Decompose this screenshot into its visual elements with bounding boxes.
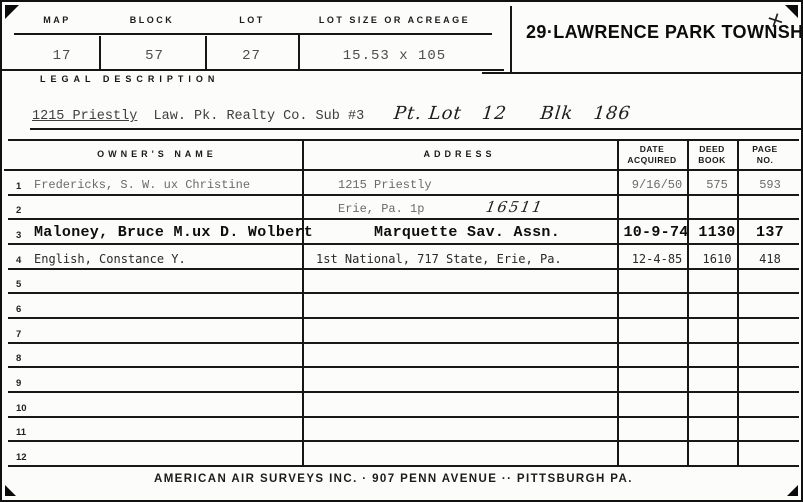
owners-name-header: OWNER'S NAME bbox=[12, 149, 302, 159]
date-deed-divider bbox=[687, 139, 689, 467]
row-number: 4 bbox=[16, 255, 32, 266]
row-number: 3 bbox=[16, 230, 32, 241]
deed-book: 1610 bbox=[694, 252, 740, 266]
address-date-divider bbox=[617, 139, 619, 467]
page-no: 593 bbox=[744, 178, 796, 192]
corner-mark-bottom-right bbox=[787, 485, 798, 496]
date-header-line2: ACQUIRED bbox=[617, 155, 687, 166]
map-field-value: 17 bbox=[22, 48, 102, 64]
row-number: 5 bbox=[16, 279, 32, 290]
legal-description-handwritten: Pt. Lot 12 Blk 186 bbox=[393, 103, 632, 124]
table-row: 10 bbox=[8, 393, 799, 418]
corner-mark-bottom-left bbox=[5, 485, 16, 496]
owner-address: Erie, Pa. 1p16511 bbox=[314, 198, 544, 216]
address-text: 1st National, 717 State, Erie, Pa. bbox=[316, 252, 562, 266]
legal-description-rule bbox=[30, 128, 803, 130]
row-number: 7 bbox=[16, 329, 32, 340]
address-text: Marquette Sav. Assn. bbox=[374, 224, 560, 241]
table-row: 12 bbox=[8, 442, 799, 467]
legal-description-typed: 1215 Priestly Law. Pk. Realty Co. Sub #3 bbox=[32, 109, 364, 124]
row-number: 10 bbox=[16, 403, 32, 414]
owner-name: Fredericks, S. W. ux Christine bbox=[34, 178, 250, 192]
date-header-line1: DATE bbox=[617, 144, 687, 155]
map-field-label: MAP bbox=[17, 15, 97, 25]
page-no: 418 bbox=[744, 252, 796, 266]
date-acquired: 12-4-85 bbox=[624, 252, 690, 266]
lot-field-value: 27 bbox=[209, 48, 294, 64]
subdivision-text: Law. Pk. Realty Co. Sub #3 bbox=[137, 109, 364, 124]
table-row: 8 bbox=[8, 344, 799, 369]
table-row: 9 bbox=[8, 368, 799, 393]
date-acquired: 9/16/50 bbox=[624, 178, 690, 192]
lot-field-label: LOT bbox=[207, 15, 297, 25]
table-row: 11 bbox=[8, 418, 799, 443]
deed-book-header: DEED BOOK bbox=[687, 144, 737, 166]
table-top-rule bbox=[8, 139, 799, 141]
legal-description-label: LEGAL DESCRIPTION bbox=[40, 74, 219, 84]
date-acquired-header: DATE ACQUIRED bbox=[617, 144, 687, 166]
address-text: 1215 Priestly bbox=[338, 178, 432, 192]
table-row: 5 bbox=[8, 270, 799, 295]
address-header: ADDRESS bbox=[302, 149, 617, 159]
row-number: 12 bbox=[16, 452, 32, 463]
deed-book: 575 bbox=[694, 178, 740, 192]
owner-address: Marquette Sav. Assn. bbox=[314, 224, 560, 241]
top-field-divider bbox=[298, 34, 300, 70]
page-header-line1: PAGE bbox=[737, 144, 793, 155]
owner-address-divider bbox=[302, 139, 304, 467]
page-no-header: PAGE NO. bbox=[737, 144, 793, 166]
owner-name: Maloney, Bruce M.ux D. Wolbert bbox=[34, 224, 313, 241]
title-divider bbox=[510, 6, 512, 73]
top-strip-bottom-rule-left bbox=[2, 69, 504, 71]
top-field-divider bbox=[99, 36, 101, 69]
table-row: 7 bbox=[8, 319, 799, 344]
address-text: Erie, Pa. 1p bbox=[338, 202, 424, 216]
owner-address: 1st National, 717 State, Erie, Pa. bbox=[314, 252, 562, 266]
date-acquired: 10-9-74 bbox=[618, 224, 694, 241]
handwritten-note: 16511 bbox=[485, 198, 546, 216]
row-number: 9 bbox=[16, 378, 32, 389]
row-number: 11 bbox=[16, 427, 32, 438]
deed-header-line1: DEED bbox=[687, 144, 737, 155]
street-address-text: 1215 Priestly bbox=[32, 109, 137, 124]
lot-size-field-label: LOT SIZE OR ACREAGE bbox=[297, 15, 492, 25]
township-title: 29·LAWRENCE PARK TOWNSHIP bbox=[526, 22, 792, 43]
property-record-card: MAP BLOCK LOT LOT SIZE OR ACREAGE 17 57 … bbox=[0, 0, 803, 502]
table-row: 1 Fredericks, S. W. ux Christine 1215 Pr… bbox=[8, 171, 799, 196]
table-row: 3 Maloney, Bruce M.ux D. Wolbert Marquet… bbox=[8, 220, 799, 245]
page-header-line2: NO. bbox=[737, 155, 793, 166]
row-number: 1 bbox=[16, 181, 32, 192]
deed-header-line2: BOOK bbox=[687, 155, 737, 166]
row-number: 6 bbox=[16, 304, 32, 315]
page-no: 137 bbox=[744, 224, 796, 241]
surveyor-footer: AMERICAN AIR SURVEYS INC. · 907 PENN AVE… bbox=[154, 473, 664, 485]
top-field-divider bbox=[205, 36, 207, 69]
top-strip-bottom-rule-right bbox=[482, 72, 803, 74]
deed-book: 1130 bbox=[694, 224, 740, 241]
owner-name: English, Constance Y. bbox=[34, 252, 186, 266]
owner-address: 1215 Priestly bbox=[314, 178, 432, 192]
owners-rows: 1 Fredericks, S. W. ux Christine 1215 Pr… bbox=[8, 171, 799, 467]
table-row: 2 Erie, Pa. 1p16511 bbox=[8, 196, 799, 221]
block-field-value: 57 bbox=[102, 48, 207, 64]
block-field-label: BLOCK bbox=[97, 15, 207, 25]
row-number: 8 bbox=[16, 353, 32, 364]
row-number: 2 bbox=[16, 205, 32, 216]
table-row: 6 bbox=[8, 294, 799, 319]
deed-page-divider bbox=[737, 139, 739, 467]
lot-size-field-value: 15.53 x 105 bbox=[302, 48, 487, 64]
table-row: 4 English, Constance Y. 1st National, 71… bbox=[8, 245, 799, 270]
top-header-rule bbox=[14, 33, 492, 35]
